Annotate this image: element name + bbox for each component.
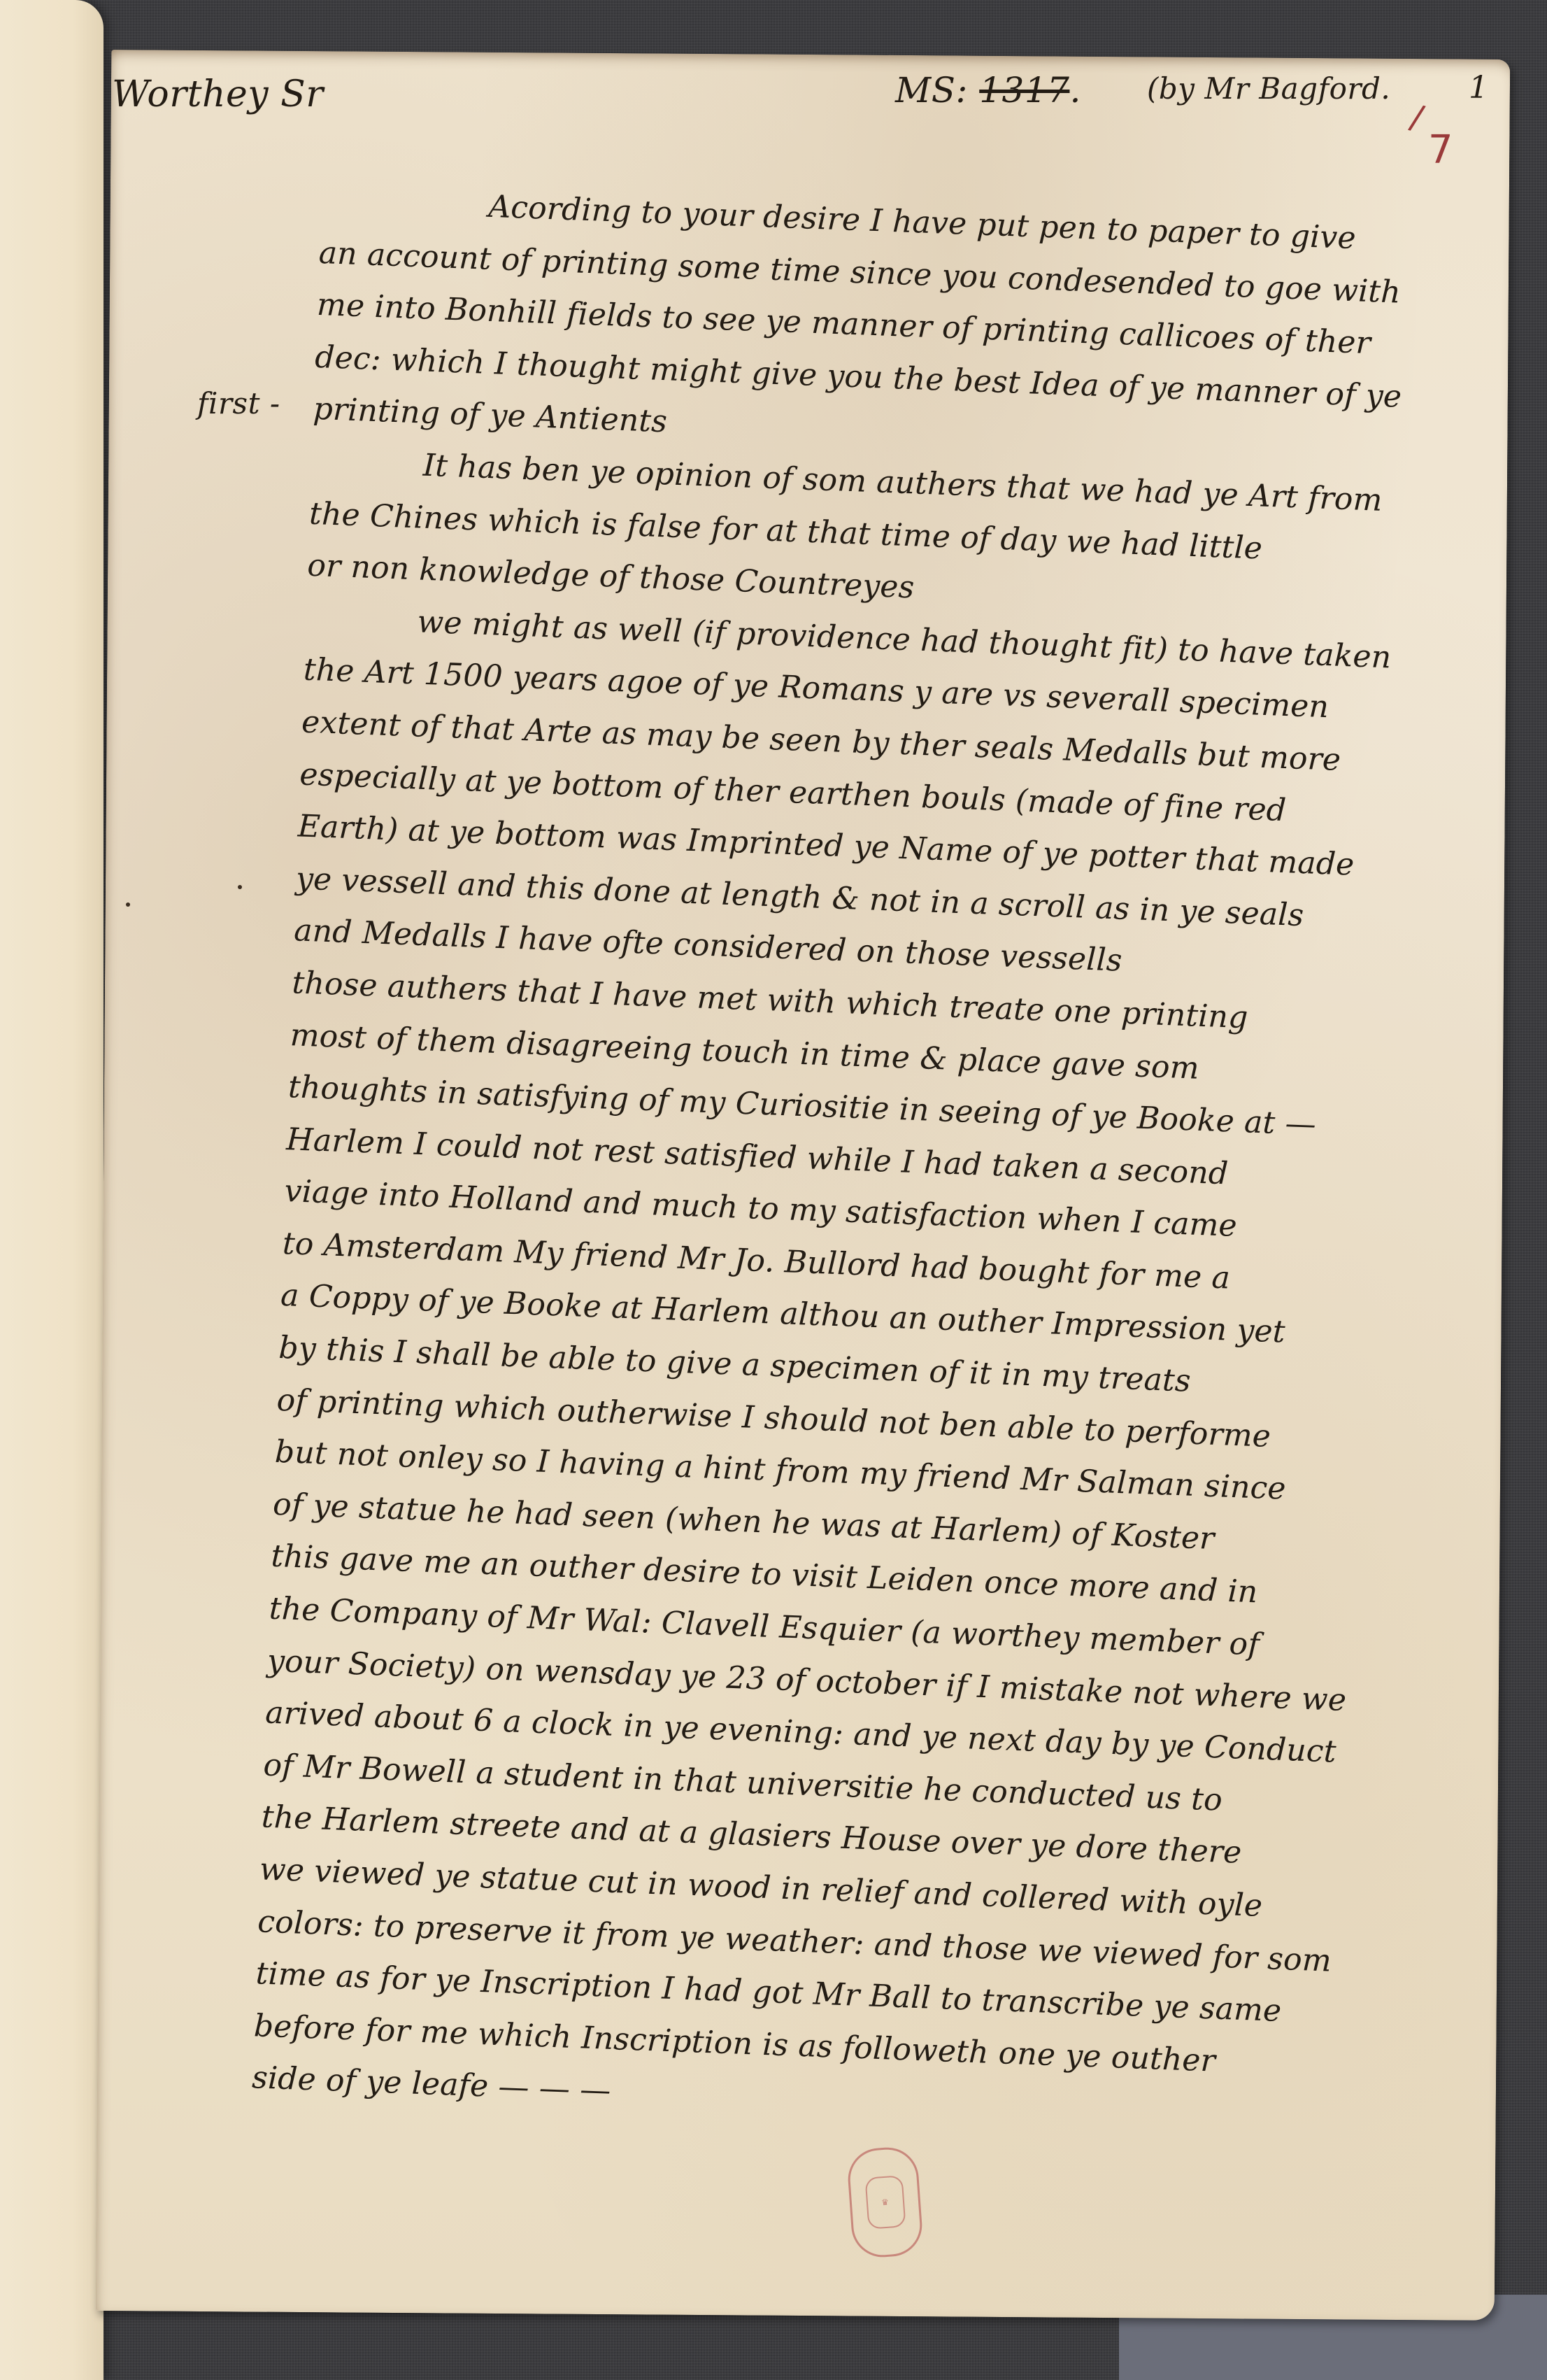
shelfmark-number-struck: 1317 (979, 70, 1069, 111)
margin-ink-dot (126, 902, 130, 907)
margin-note-first: first - (197, 386, 280, 420)
folio-number: 1 (1469, 70, 1489, 106)
shelfmark-suffix: . (1069, 70, 1081, 111)
letter-body: Acording to your desire I have put pen t… (251, 175, 1510, 2148)
salutation: Worthey Sr (112, 73, 324, 115)
book-page-edge (0, 0, 104, 2380)
shelfmark-prefix: MS: (895, 70, 968, 111)
margin-ink-dot (238, 885, 242, 889)
red-annotation-number: 7 (1428, 127, 1453, 173)
shelfmark: MS: 1317. (895, 70, 1081, 111)
provenance-note: (by Mr Bagford. (1147, 71, 1390, 106)
library-stamp-icon: ♛ (846, 2146, 925, 2260)
stamp-crest-icon: ♛ (864, 2175, 906, 2230)
